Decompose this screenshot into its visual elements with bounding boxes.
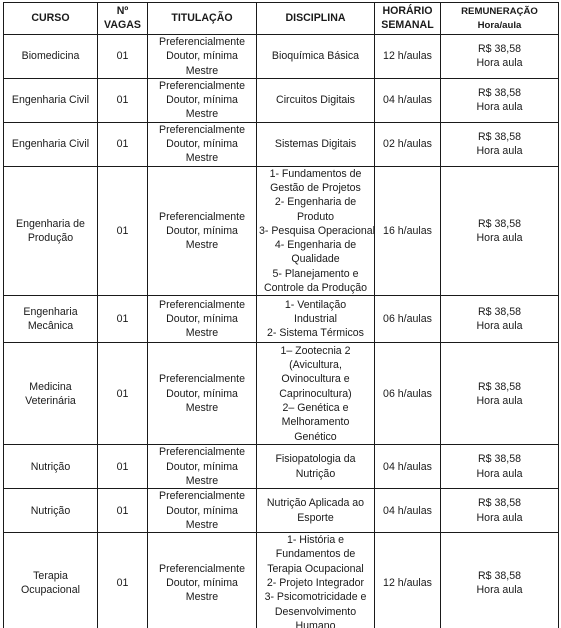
- weekly-hours-cell: 16 h/aulas: [375, 166, 441, 296]
- subject-cell: Sistemas Digitais: [257, 122, 375, 166]
- table-row: MedicinaVeterinária01PreferencialmenteDo…: [4, 343, 559, 445]
- subject-cell: Fisiopatologia daNutrição: [257, 445, 375, 489]
- course-cell: Nutrição: [4, 445, 98, 489]
- header-titulacao: TITULAÇÃO: [148, 3, 257, 35]
- weekly-hours-cell: 12 h/aulas: [375, 533, 441, 628]
- header-label-line: Nº: [100, 5, 145, 19]
- vacancies-cell: 01: [98, 78, 148, 122]
- course-cell-line: Nutrição: [6, 460, 95, 474]
- subject-cell-line: 1- Fundamentos de: [259, 167, 372, 181]
- subject-cell-line: 1– Zootecnia 2: [259, 344, 372, 358]
- qualification-cell-line: Doutor, mínima: [150, 137, 254, 151]
- qualification-cell-line: Doutor, mínima: [150, 387, 254, 401]
- course-cell: Nutrição: [4, 489, 98, 533]
- vacancies-cell: 01: [98, 166, 148, 296]
- course-cell-line: Biomedicina: [6, 49, 95, 63]
- subject-cell-line: Fundamentos de: [259, 547, 372, 561]
- pay-cell-line: Hora aula: [443, 394, 556, 408]
- weekly-hours-cell: 04 h/aulas: [375, 489, 441, 533]
- pay-cell-line: R$ 38,58: [443, 569, 556, 583]
- qualification-cell-line: Preferencialmente: [150, 562, 254, 576]
- course-cell-line: Nutrição: [6, 504, 95, 518]
- pay-cell: R$ 38,58Hora aula: [441, 122, 559, 166]
- qualification-cell-line: Doutor, mínima: [150, 49, 254, 63]
- subject-cell-line: 3- Psicomotricidade e: [259, 590, 372, 604]
- qualification-cell: PreferencialmenteDoutor, mínimaMestre: [148, 166, 257, 296]
- header-remuneracao: REMUNERAÇÃOHora/aula: [441, 3, 559, 35]
- course-cell: Engenharia Civil: [4, 78, 98, 122]
- vacancies-cell: 01: [98, 35, 148, 79]
- qualification-cell-line: Doutor, mínima: [150, 224, 254, 238]
- pay-cell-line: R$ 38,58: [443, 305, 556, 319]
- subject-cell-line: 5- Planejamento e: [259, 267, 372, 281]
- course-cell-line: Engenharia Civil: [6, 93, 95, 107]
- qualification-cell-line: Doutor, mínima: [150, 312, 254, 326]
- qualification-cell-line: Doutor, mínima: [150, 460, 254, 474]
- qualification-cell-line: Mestre: [150, 151, 254, 165]
- qualification-cell-line: Preferencialmente: [150, 123, 254, 137]
- course-cell-line: Terapia: [6, 569, 95, 583]
- vacancies-cell: 01: [98, 533, 148, 628]
- qualification-cell-line: Doutor, mínima: [150, 93, 254, 107]
- header-row: CURSONºVAGASTITULAÇÃODISCIPLINAHORÁRIOSE…: [4, 3, 559, 35]
- subject-cell-line: Humano: [259, 619, 372, 628]
- qualification-cell: PreferencialmenteDoutor, mínimaMestre: [148, 78, 257, 122]
- pay-cell: R$ 38,58Hora aula: [441, 445, 559, 489]
- subject-cell-line: (Avicultura,: [259, 358, 372, 372]
- subject-cell-line: Nutrição: [259, 467, 372, 481]
- pay-cell: R$ 38,58Hora aula: [441, 343, 559, 445]
- qualification-cell-line: Preferencialmente: [150, 489, 254, 503]
- pay-cell-line: Hora aula: [443, 511, 556, 525]
- subject-cell: 1- História eFundamentos deTerapia Ocupa…: [257, 533, 375, 628]
- pay-cell: R$ 38,58Hora aula: [441, 35, 559, 79]
- pay-cell-line: R$ 38,58: [443, 496, 556, 510]
- pay-cell-line: Hora aula: [443, 144, 556, 158]
- subject-cell-line: Ovinocultura e: [259, 372, 372, 386]
- subject-cell: Circuitos Digitais: [257, 78, 375, 122]
- qualification-cell-line: Preferencialmente: [150, 372, 254, 386]
- qualification-cell: PreferencialmenteDoutor, mínimaMestre: [148, 343, 257, 445]
- pay-cell-line: R$ 38,58: [443, 86, 556, 100]
- qualification-cell-line: Mestre: [150, 326, 254, 340]
- subject-cell-line: 4- Engenharia de: [259, 238, 372, 252]
- vacancies-cell: 01: [98, 445, 148, 489]
- vacancies-table: CURSONºVAGASTITULAÇÃODISCIPLINAHORÁRIOSE…: [3, 2, 559, 628]
- qualification-cell-line: Preferencialmente: [150, 79, 254, 93]
- qualification-cell: PreferencialmenteDoutor, mínimaMestre: [148, 533, 257, 628]
- header-label-line: REMUNERAÇÃO: [443, 5, 556, 19]
- header-label-line: TITULAÇÃO: [150, 12, 254, 26]
- subject-cell-line: 2- Engenharia de: [259, 195, 372, 209]
- subject-cell-line: Genético: [259, 430, 372, 444]
- header-label-line: DISCIPLINA: [259, 12, 372, 26]
- weekly-hours-cell: 06 h/aulas: [375, 296, 441, 343]
- header-vagas: NºVAGAS: [98, 3, 148, 35]
- header-curso: CURSO: [4, 3, 98, 35]
- course-cell: Engenharia Civil: [4, 122, 98, 166]
- header-disciplina: DISCIPLINA: [257, 3, 375, 35]
- course-cell-line: Mecânica: [6, 319, 95, 333]
- subject-cell-line: Circuitos Digitais: [259, 93, 372, 107]
- subject-cell-line: 2- Sistema Térmicos: [259, 326, 372, 340]
- subject-cell: 1- Fundamentos deGestão de Projetos2- En…: [257, 166, 375, 296]
- qualification-cell: PreferencialmenteDoutor, mínimaMestre: [148, 445, 257, 489]
- table-row: Biomedicina01PreferencialmenteDoutor, mí…: [4, 35, 559, 79]
- weekly-hours-cell: 02 h/aulas: [375, 122, 441, 166]
- pay-cell: R$ 38,58Hora aula: [441, 489, 559, 533]
- pay-cell: R$ 38,58Hora aula: [441, 533, 559, 628]
- pay-cell-line: R$ 38,58: [443, 380, 556, 394]
- qualification-cell: PreferencialmenteDoutor, mínimaMestre: [148, 35, 257, 79]
- pay-cell: R$ 38,58Hora aula: [441, 296, 559, 343]
- course-cell-line: Ocupacional: [6, 583, 95, 597]
- course-cell: TerapiaOcupacional: [4, 533, 98, 628]
- pay-cell-line: Hora aula: [443, 56, 556, 70]
- subject-cell-line: 2– Genética e: [259, 401, 372, 415]
- course-cell-line: Medicina: [6, 380, 95, 394]
- subject-cell-line: Bioquímica Básica: [259, 49, 372, 63]
- qualification-cell: PreferencialmenteDoutor, mínimaMestre: [148, 489, 257, 533]
- subject-cell: 1– Zootecnia 2(Avicultura,Ovinocultura e…: [257, 343, 375, 445]
- course-cell: Biomedicina: [4, 35, 98, 79]
- vacancies-cell: 01: [98, 296, 148, 343]
- pay-cell-line: Hora aula: [443, 319, 556, 333]
- pay-cell: R$ 38,58Hora aula: [441, 166, 559, 296]
- weekly-hours-cell: 04 h/aulas: [375, 78, 441, 122]
- qualification-cell-line: Preferencialmente: [150, 35, 254, 49]
- qualification-cell-line: Preferencialmente: [150, 298, 254, 312]
- pay-cell-line: Hora aula: [443, 583, 556, 597]
- header-label-line: Hora/aula: [443, 19, 556, 33]
- header-label-line: VAGAS: [100, 19, 145, 33]
- pay-cell-line: Hora aula: [443, 100, 556, 114]
- subject-cell-line: Esporte: [259, 511, 372, 525]
- table-row: Engenharia Civil01PreferencialmenteDouto…: [4, 78, 559, 122]
- subject-cell-line: Sistemas Digitais: [259, 137, 372, 151]
- subject-cell-line: Desenvolvimento: [259, 605, 372, 619]
- pay-cell-line: R$ 38,58: [443, 452, 556, 466]
- subject-cell-line: Industrial: [259, 312, 372, 326]
- course-cell: EngenhariaMecânica: [4, 296, 98, 343]
- qualification-cell-line: Preferencialmente: [150, 445, 254, 459]
- qualification-cell-line: Doutor, mínima: [150, 576, 254, 590]
- pay-cell-line: R$ 38,58: [443, 42, 556, 56]
- course-cell-line: Engenharia Civil: [6, 137, 95, 151]
- pay-cell-line: R$ 38,58: [443, 217, 556, 231]
- qualification-cell-line: Mestre: [150, 518, 254, 532]
- course-cell-line: Engenharia de: [6, 217, 95, 231]
- qualification-cell-line: Mestre: [150, 238, 254, 252]
- vacancies-cell: 01: [98, 343, 148, 445]
- pay-cell-line: R$ 38,58: [443, 130, 556, 144]
- weekly-hours-cell: 06 h/aulas: [375, 343, 441, 445]
- qualification-cell-line: Mestre: [150, 107, 254, 121]
- header-label-line: CURSO: [6, 12, 95, 26]
- qualification-cell: PreferencialmenteDoutor, mínimaMestre: [148, 122, 257, 166]
- course-cell-line: Veterinária: [6, 394, 95, 408]
- subject-cell: Bioquímica Básica: [257, 35, 375, 79]
- weekly-hours-cell: 04 h/aulas: [375, 445, 441, 489]
- qualification-cell-line: Mestre: [150, 64, 254, 78]
- vacancies-cell: 01: [98, 489, 148, 533]
- subject-cell-line: 1- História e: [259, 533, 372, 547]
- qualification-cell-line: Mestre: [150, 590, 254, 604]
- table-body: Biomedicina01PreferencialmenteDoutor, mí…: [4, 35, 559, 628]
- course-cell: Engenharia deProdução: [4, 166, 98, 296]
- header-label-line: HORÁRIO: [377, 5, 438, 19]
- subject-cell-line: Controle da Produção: [259, 281, 372, 295]
- vacancies-cell: 01: [98, 122, 148, 166]
- course-cell-line: Engenharia: [6, 305, 95, 319]
- subject-cell-line: 1- Ventilação: [259, 298, 372, 312]
- header-label-line: SEMANAL: [377, 19, 438, 33]
- subject-cell-line: Terapia Ocupacional: [259, 562, 372, 576]
- qualification-cell-line: Mestre: [150, 474, 254, 488]
- table-row: Nutrição01PreferencialmenteDoutor, mínim…: [4, 489, 559, 533]
- pay-cell: R$ 38,58Hora aula: [441, 78, 559, 122]
- subject-cell-line: Gestão de Projetos: [259, 181, 372, 195]
- subject-cell-line: Fisiopatologia da: [259, 452, 372, 466]
- table-row: TerapiaOcupacional01PreferencialmenteDou…: [4, 533, 559, 628]
- subject-cell-line: Qualidade: [259, 252, 372, 266]
- subject-cell-line: 2- Projeto Integrador: [259, 576, 372, 590]
- subject-cell-line: Nutrição Aplicada ao: [259, 496, 372, 510]
- subject-cell-line: Produto: [259, 210, 372, 224]
- subject-cell-line: Caprinocultura): [259, 387, 372, 401]
- header-horario: HORÁRIOSEMANAL: [375, 3, 441, 35]
- subject-cell: 1- VentilaçãoIndustrial2- Sistema Térmic…: [257, 296, 375, 343]
- qualification-cell-line: Doutor, mínima: [150, 504, 254, 518]
- table-row: Nutrição01PreferencialmenteDoutor, mínim…: [4, 445, 559, 489]
- course-cell-line: Produção: [6, 231, 95, 245]
- qualification-cell-line: Preferencialmente: [150, 210, 254, 224]
- course-cell: MedicinaVeterinária: [4, 343, 98, 445]
- weekly-hours-cell: 12 h/aulas: [375, 35, 441, 79]
- table-row: EngenhariaMecânica01PreferencialmenteDou…: [4, 296, 559, 343]
- subject-cell-line: 3- Pesquisa Operacional: [259, 224, 372, 238]
- subject-cell-line: Melhoramento: [259, 415, 372, 429]
- table-row: Engenharia deProdução01Preferencialmente…: [4, 166, 559, 296]
- pay-cell-line: Hora aula: [443, 231, 556, 245]
- table-row: Engenharia Civil01PreferencialmenteDouto…: [4, 122, 559, 166]
- qualification-cell-line: Mestre: [150, 401, 254, 415]
- qualification-cell: PreferencialmenteDoutor, mínimaMestre: [148, 296, 257, 343]
- subject-cell: Nutrição Aplicada aoEsporte: [257, 489, 375, 533]
- pay-cell-line: Hora aula: [443, 467, 556, 481]
